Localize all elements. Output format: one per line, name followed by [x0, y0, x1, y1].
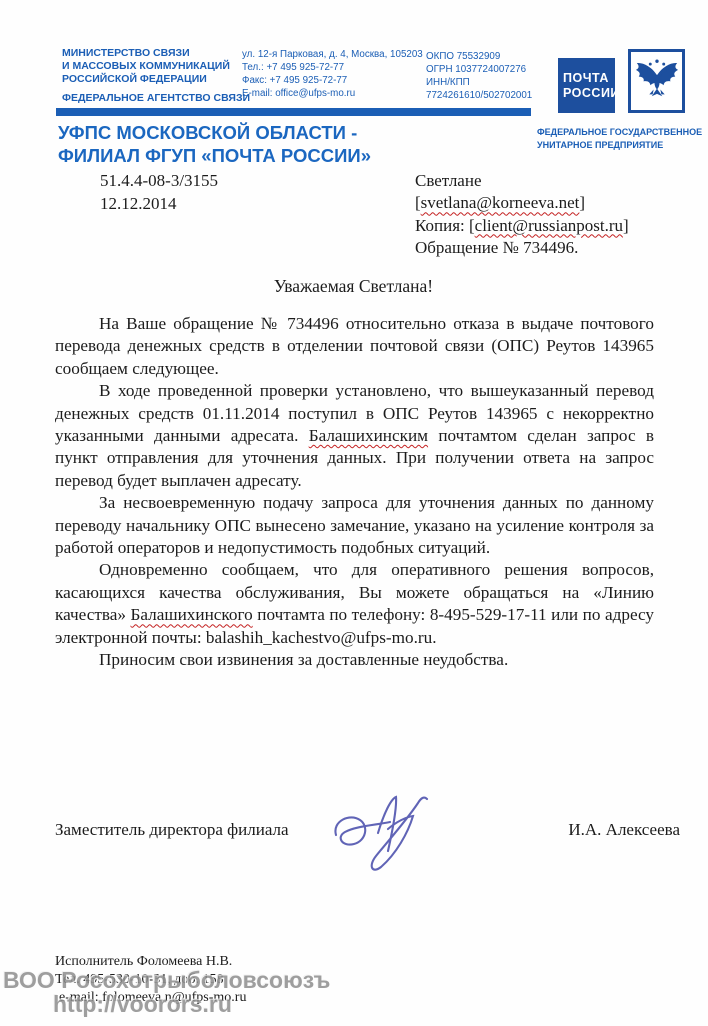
double-headed-eagle-icon — [633, 52, 681, 111]
signer-role: Заместитель директора филиала — [55, 820, 289, 840]
misspelled-email: svetlana@korneeva.net — [421, 193, 580, 212]
logo-word-1: ПОЧТА — [563, 71, 615, 86]
contact-address: ул. 12-я Парковая, д. 4, Москва, 105203 — [242, 48, 423, 61]
scanned-letter-page: МИНИСТЕРСТВО СВЯЗИ И МАССОВЫХ КОММУНИКАЦ… — [0, 0, 708, 1026]
letter-body: На Ваше обращение № 734496 относительно … — [55, 313, 654, 672]
registry-block: ОКПО 75532909 ОГРН 1037724007276 ИНН/КПП… — [426, 50, 532, 102]
letter-date: 12.12.2014 — [100, 193, 218, 216]
pochta-rossii-logo: ПОЧТА РОССИИ — [558, 58, 615, 113]
addressee-block: Светлане [svetlana@korneeva.net] Копия: … — [415, 170, 629, 259]
contact-fax: Факс: +7 495 925-72-77 — [242, 74, 423, 87]
contact-phone: Тел.: +7 495 925-72-77 — [242, 61, 423, 74]
addressee-copy-email: Копия: [client@russianpost.ru] — [415, 215, 629, 237]
signature-row: Заместитель директора филиала И.А. Алекс… — [55, 820, 680, 840]
emblem-box — [628, 49, 685, 113]
logo-caption-line: ФЕДЕРАЛЬНОЕ ГОСУДАРСТВЕННОЕ — [537, 126, 702, 139]
salutation: Уважаемая Светлана! — [55, 276, 652, 297]
ministry-line: РОССИЙСКОЙ ФЕДЕРАЦИИ — [62, 73, 230, 86]
registry-ogrn: ОГРН 1037724007276 — [426, 63, 532, 76]
signer-name: И.А. Алексеева — [568, 820, 680, 840]
branch-title-line: УФПС МОСКОВСКОЙ ОБЛАСТИ - — [58, 121, 371, 144]
misspelled-email: client@russianpost.ru — [475, 216, 623, 235]
executor-block: Исполнитель Фоломеева Н.В. Тел. 495-530-… — [55, 953, 246, 1007]
registry-inn-kpp-value: 7724261610/502702001 — [426, 89, 532, 102]
ministry-block: МИНИСТЕРСТВО СВЯЗИ И МАССОВЫХ КОММУНИКАЦ… — [62, 47, 230, 86]
branch-title-line: ФИЛИАЛ ФГУП «ПОЧТА РОССИИ» — [58, 144, 371, 167]
reference-block: 51.4.4-08-3/3155 12.12.2014 — [100, 170, 218, 215]
logo-caption: ФЕДЕРАЛЬНОЕ ГОСУДАРСТВЕННОЕ УНИТАРНОЕ ПР… — [537, 126, 702, 151]
body-paragraph-3: За несвоевременную подачу запроса для ут… — [55, 492, 654, 559]
bracket: ] — [579, 193, 585, 212]
agency-line: ФЕДЕРАЛЬНОЕ АГЕНТСТВО СВЯЗИ — [62, 92, 250, 104]
contact-email: E-mail: office@ufps-mo.ru — [242, 87, 423, 100]
addressee-email: [svetlana@korneeva.net] — [415, 192, 629, 214]
body-paragraph-4: Одновременно сообщаем, что для оперативн… — [55, 559, 654, 649]
logo-caption-line: УНИТАРНОЕ ПРЕДПРИЯТИЕ — [537, 139, 702, 152]
contact-block: ул. 12-я Парковая, д. 4, Москва, 105203 … — [242, 48, 423, 100]
header-divider-bar — [56, 108, 531, 116]
executor-phone: Тел. 495-530-10-31, доб. 158 — [55, 971, 246, 989]
registry-inn-kpp-label: ИНН/КПП — [426, 76, 532, 89]
misspelled-word: Балашихинского — [131, 605, 253, 624]
executor-name: Исполнитель Фоломеева Н.В. — [55, 953, 246, 971]
case-number-line: Обращение № 734496. — [415, 237, 629, 259]
ministry-line: МИНИСТЕРСТВО СВЯЗИ — [62, 47, 230, 60]
body-paragraph-2: В ходе проведенной проверки установлено,… — [55, 380, 654, 492]
ministry-line: И МАССОВЫХ КОММУНИКАЦИЙ — [62, 60, 230, 73]
registry-okpo: ОКПО 75532909 — [426, 50, 532, 63]
executor-email: e-mail: folomeeva.n@ufps-mo.ru — [55, 989, 246, 1007]
branch-title: УФПС МОСКОВСКОЙ ОБЛАСТИ - ФИЛИАЛ ФГУП «П… — [58, 121, 371, 167]
addressee-name: Светлане — [415, 170, 629, 192]
body-paragraph-1: На Ваше обращение № 734496 относительно … — [55, 313, 654, 380]
logo-word-2: РОССИИ — [563, 86, 615, 101]
outgoing-number: 51.4.4-08-3/3155 — [100, 170, 218, 193]
misspelled-word: Балашихинским — [309, 426, 428, 445]
body-paragraph-5: Приносим свои извинения за доставленные … — [55, 649, 654, 671]
bracket: ] — [623, 216, 629, 235]
copy-label: Копия: [ — [415, 216, 475, 235]
